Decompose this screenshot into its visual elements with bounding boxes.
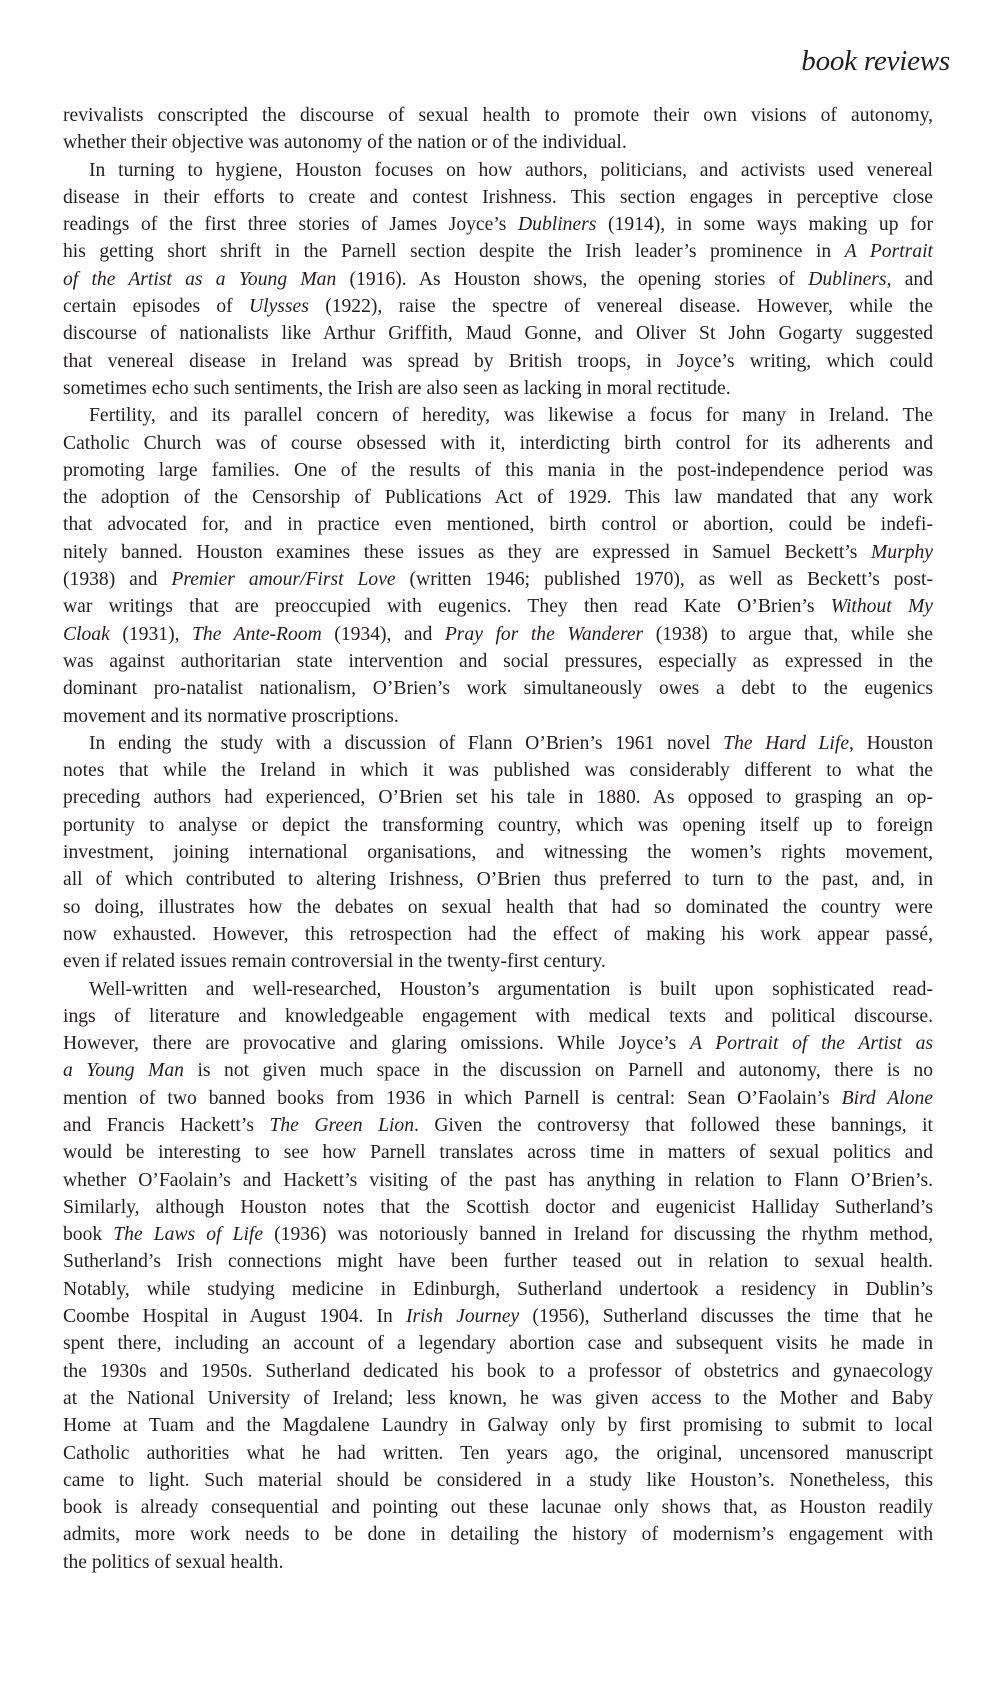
text-line: dominant pro-natalist nationalism, O’Bri… [63, 675, 933, 702]
text-line: a Young Man is not given much space in t… [63, 1057, 933, 1084]
text-line: so doing, illustrates how the debates on… [63, 894, 933, 921]
italic-title: of the Artist as a Young Man [63, 269, 336, 290]
text-line: certain episodes of Ulysses (1922), rais… [63, 293, 933, 320]
text-run: (1938) to argue that, while she [643, 624, 933, 645]
text-run: investment, joining international organi… [63, 842, 933, 863]
text-line: movement and its normative proscriptions… [63, 703, 933, 730]
text-line: that advocated for, and in practice even… [63, 511, 933, 538]
text-run: all of which contributed to altering Iri… [63, 869, 933, 890]
text-line: Home at Tuam and the Magdalene Laundry i… [63, 1412, 933, 1439]
text-line: came to light. Such material should be c… [63, 1467, 933, 1494]
document-page: book reviews revivalists conscripted the… [0, 0, 997, 1695]
paragraph: Fertility, and its parallel concern of h… [63, 402, 933, 730]
text-run: (1922), raise the spectre of venereal di… [309, 296, 933, 317]
text-line: preceding authors had experienced, O’Bri… [63, 784, 933, 811]
text-line: his getting short shrift in the Parnell … [63, 238, 933, 265]
italic-title: The Laws of Life [113, 1224, 263, 1245]
text-run: In ending the study with a discussion of… [89, 733, 723, 754]
italic-title: Cloak [63, 624, 110, 645]
text-run: book [63, 1224, 113, 1245]
text-run: that advocated for, and in practice even… [63, 514, 933, 535]
text-run: now exhausted. However, this retrospecti… [63, 924, 933, 945]
text-line: ings of literature and knowledgeable eng… [63, 1003, 933, 1030]
text-run: mention of two banned books from 1936 in… [63, 1088, 842, 1109]
paragraph: In ending the study with a discussion of… [63, 730, 933, 976]
text-line: the 1930s and 1950s. Sutherland dedicate… [63, 1358, 933, 1385]
text-run: Catholic authorities what he had written… [63, 1443, 933, 1464]
text-line: Coombe Hospital in August 1904. In Irish… [63, 1303, 933, 1330]
italic-title: Dubliners [518, 214, 596, 235]
text-run: Notably, while studying medicine in Edin… [63, 1279, 933, 1300]
text-line: Sutherland’s Irish connections might hav… [63, 1248, 933, 1275]
text-run: In turning to hygiene, Houston focuses o… [89, 160, 933, 181]
text-run: promoting large families. One of the res… [63, 460, 933, 481]
text-run: nitely banned. Houston examines these is… [63, 542, 871, 563]
text-line: discourse of nationalists like Arthur Gr… [63, 320, 933, 347]
text-run: Home at Tuam and the Magdalene Laundry i… [63, 1415, 933, 1436]
text-run: revivalists conscripted the discourse of… [63, 105, 933, 126]
text-run: notes that while the Ireland in which it… [63, 760, 933, 781]
text-line: sometimes echo such sentiments, the Iris… [63, 375, 933, 402]
text-run: the politics of sexual health. [63, 1552, 283, 1573]
text-run: war writings that are preoccupied with e… [63, 596, 831, 617]
text-line: admits, more work needs to be done in de… [63, 1521, 933, 1548]
text-run: is not given much space in the discussio… [184, 1060, 933, 1081]
running-head: book reviews [801, 44, 950, 78]
italic-title: A Portrait [845, 241, 933, 262]
text-line: Cloak (1931), The Ante-Room (1934), and … [63, 621, 933, 648]
text-line: nitely banned. Houston examines these is… [63, 539, 933, 566]
text-run: (1934), and [322, 624, 445, 645]
text-line: Well-written and well-researched, Housto… [63, 976, 933, 1003]
text-line: revivalists conscripted the discourse of… [63, 102, 933, 129]
text-run: the adoption of the Censorship of Public… [63, 487, 933, 508]
text-line: mention of two banned books from 1936 in… [63, 1085, 933, 1112]
italic-title: The Hard Life [723, 733, 849, 754]
text-run: (1914), in some ways making up for [596, 214, 933, 235]
text-line: whether their objective was autonomy of … [63, 129, 933, 156]
review-body: revivalists conscripted the discourse of… [63, 102, 933, 1576]
text-run: (1956), Sutherland discusses the time th… [519, 1306, 933, 1327]
text-run: certain episodes of [63, 296, 249, 317]
text-run: the 1930s and 1950s. Sutherland dedicate… [63, 1361, 933, 1382]
text-run: his getting short shrift in the Parnell … [63, 241, 845, 262]
text-run: at the National University of Ireland; l… [63, 1388, 933, 1409]
text-run: so doing, illustrates how the debates on… [63, 897, 933, 918]
text-run: whether O’Faolain’s and Hackett’s visiti… [63, 1170, 933, 1191]
text-run: came to light. Such material should be c… [63, 1470, 933, 1491]
text-line: of the Artist as a Young Man (1916). As … [63, 266, 933, 293]
text-line: Catholic Church was of course obsessed w… [63, 430, 933, 457]
text-line: readings of the first three stories of J… [63, 211, 933, 238]
text-line: In turning to hygiene, Houston focuses o… [63, 157, 933, 184]
italic-title: Ulysses [249, 296, 309, 317]
italic-title: Pray for the Wanderer [445, 624, 643, 645]
text-line: book The Laws of Life (1936) was notorio… [63, 1221, 933, 1248]
text-line: disease in their efforts to create and c… [63, 184, 933, 211]
italic-title: Bird Alone [842, 1088, 933, 1109]
text-run: that venereal disease in Ireland was spr… [63, 351, 933, 372]
text-line: (1938) and Premier amour/First Love (wri… [63, 566, 933, 593]
italic-title: Irish Journey [406, 1306, 519, 1327]
text-run: (1931), [110, 624, 192, 645]
text-line: book is already consequential and pointi… [63, 1494, 933, 1521]
text-line: the politics of sexual health. [63, 1549, 933, 1576]
text-line: notes that while the Ireland in which it… [63, 757, 933, 784]
text-run: (1936) was notoriously banned in Ireland… [263, 1224, 933, 1245]
text-line: In ending the study with a discussion of… [63, 730, 933, 757]
text-line: Fertility, and its parallel concern of h… [63, 402, 933, 429]
text-line: However, there are provocative and glari… [63, 1030, 933, 1057]
text-run: dominant pro-natalist nationalism, O’Bri… [63, 678, 933, 699]
italic-title: The Green Lion [269, 1115, 414, 1136]
text-line: even if related issues remain controvers… [63, 948, 933, 975]
text-run: was against authoritarian state interven… [63, 651, 933, 672]
italic-title: Without My [831, 596, 933, 617]
text-line: portunity to analyse or depict the trans… [63, 812, 933, 839]
text-run: . Given the controversy that followed th… [414, 1115, 933, 1136]
text-line: promoting large families. One of the res… [63, 457, 933, 484]
text-run: However, there are provocative and glari… [63, 1033, 690, 1054]
text-line: whether O’Faolain’s and Hackett’s visiti… [63, 1167, 933, 1194]
text-run: (1938) and [63, 569, 171, 590]
text-run: would be interesting to see how Parnell … [63, 1142, 933, 1163]
italic-title: A Portrait of the Artist as [690, 1033, 933, 1054]
italic-title: a Young Man [63, 1060, 184, 1081]
text-run: Similarly, although Houston notes that t… [63, 1197, 933, 1218]
text-run: Well-written and well-researched, Housto… [89, 979, 933, 1000]
text-line: at the National University of Ireland; l… [63, 1385, 933, 1412]
paragraph: Well-written and well-researched, Housto… [63, 976, 933, 1577]
text-run: Sutherland’s Irish connections might hav… [63, 1251, 933, 1272]
text-line: and Francis Hackett’s The Green Lion. Gi… [63, 1112, 933, 1139]
text-line: spent there, including an account of a l… [63, 1330, 933, 1357]
italic-title: Premier amour/First Love [171, 569, 395, 590]
text-line: Notably, while studying medicine in Edin… [63, 1276, 933, 1303]
text-run: (written 1946; published 1970), as well … [396, 569, 933, 590]
text-line: that venereal disease in Ireland was spr… [63, 348, 933, 375]
text-run: even if related issues remain controvers… [63, 951, 606, 972]
text-run: preceding authors had experienced, O’Bri… [63, 787, 933, 808]
text-run: (1916). As Houston shows, the opening st… [336, 269, 808, 290]
text-run: Catholic Church was of course obsessed w… [63, 433, 933, 454]
text-run: admits, more work needs to be done in de… [63, 1524, 933, 1545]
text-run: and Francis Hackett’s [63, 1115, 269, 1136]
text-line: war writings that are preoccupied with e… [63, 593, 933, 620]
text-line: would be interesting to see how Parnell … [63, 1139, 933, 1166]
text-run: book is already consequential and pointi… [63, 1497, 933, 1518]
text-line: all of which contributed to altering Iri… [63, 866, 933, 893]
italic-title: Dubliners [808, 269, 886, 290]
text-run: ings of literature and knowledgeable eng… [63, 1006, 933, 1027]
paragraph: revivalists conscripted the discourse of… [63, 102, 933, 157]
text-run: , Houston [849, 733, 933, 754]
text-run: portunity to analyse or depict the trans… [63, 815, 933, 836]
text-run: discourse of nationalists like Arthur Gr… [63, 323, 933, 344]
text-run: movement and its normative proscriptions… [63, 706, 399, 727]
text-line: was against authoritarian state interven… [63, 648, 933, 675]
text-line: investment, joining international organi… [63, 839, 933, 866]
paragraph: In turning to hygiene, Houston focuses o… [63, 157, 933, 403]
italic-title: Murphy [871, 542, 933, 563]
text-run: disease in their efforts to create and c… [63, 187, 933, 208]
text-run: , and [887, 269, 933, 290]
text-run: sometimes echo such sentiments, the Iris… [63, 378, 731, 399]
text-run: Coombe Hospital in August 1904. In [63, 1306, 406, 1327]
text-line: now exhausted. However, this retrospecti… [63, 921, 933, 948]
text-line: Catholic authorities what he had written… [63, 1440, 933, 1467]
text-line: the adoption of the Censorship of Public… [63, 484, 933, 511]
text-run: Fertility, and its parallel concern of h… [89, 405, 933, 426]
text-line: Similarly, although Houston notes that t… [63, 1194, 933, 1221]
text-run: spent there, including an account of a l… [63, 1333, 933, 1354]
text-run: whether their objective was autonomy of … [63, 132, 627, 153]
text-run: readings of the first three stories of J… [63, 214, 518, 235]
italic-title: The Ante-Room [192, 624, 322, 645]
